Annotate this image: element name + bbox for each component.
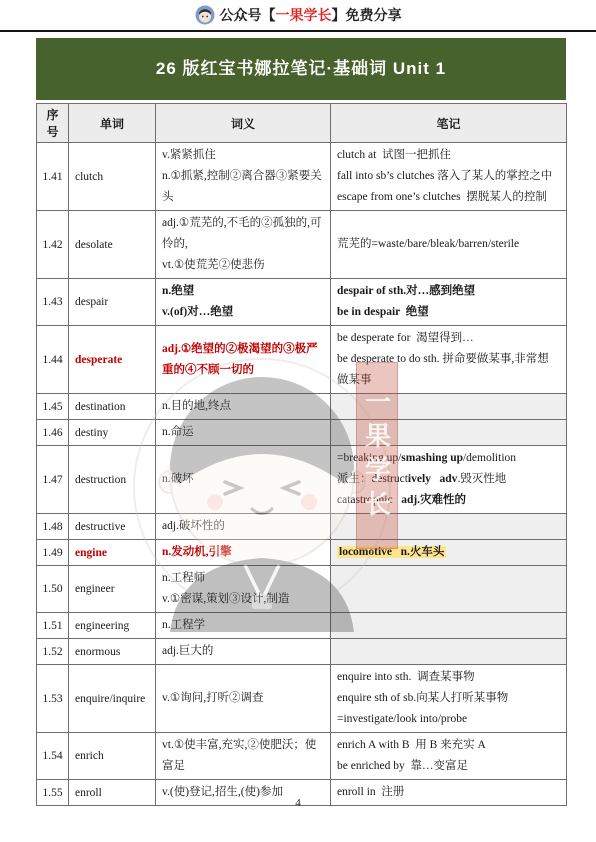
word-cell: destructive [69, 514, 156, 540]
text-line: enquire into sth. 调查某事物 [337, 667, 560, 688]
text-segment: n.工程师 [162, 572, 205, 584]
text-segment: =breaking up/ [337, 452, 401, 464]
text-segment: vt.①使荒芜②使悲伤 [162, 259, 265, 271]
table-row: 1.48destructiveadj.破坏性的 [37, 514, 567, 540]
notes-cell: clutch at 试图一把抓住fall into sb’s clutches … [331, 143, 567, 211]
text-segment: n.发动机,引擎 [162, 546, 232, 558]
meaning-cell: v.①询问,打听②调查 [156, 665, 331, 733]
text-segment: v.(of)对…绝望 [162, 306, 233, 318]
text-line: escape from one’s clutches 摆脱某人的控制 [337, 187, 560, 208]
table-row: 1.53enquire/inquirev.①询问,打听②调查enquire in… [37, 665, 567, 733]
text-line: fall into sb’s clutches 落入了某人的掌控之中 [337, 166, 560, 187]
text-segment: catastrophic [337, 494, 401, 506]
text-segment: enquire into sth. 调查某事物 [337, 671, 475, 683]
text-line: adj.①绝望的②极渴望的③极严重的④不顾一切的 [162, 339, 324, 381]
word-cell: enrich [69, 733, 156, 780]
table-row: 1.47destructionn.破坏=breaking up/smashing… [37, 446, 567, 514]
vocab-table: 序号单词词义笔记 1.41clutchv.紧紧抓住n.①抓紧,控制②离合器③紧要… [36, 103, 567, 806]
text-line: vt.①使丰富,充实,②使肥沃；使富足 [162, 735, 324, 777]
word-cell: enquire/inquire [69, 665, 156, 733]
meaning-cell: adj.①绝望的②极渴望的③极严重的④不顾一切的 [156, 326, 331, 394]
notes-cell [331, 566, 567, 613]
table-row: 1.42desolateadj.①荒芜的,不毛的②孤独的,可怜的,vt.①使荒芜… [37, 211, 567, 279]
row-number-cell: 1.50 [37, 566, 69, 613]
text-line: n.工程师 [162, 568, 324, 589]
page-number: 4 [0, 797, 596, 809]
text-segment: n.绝望 [162, 285, 194, 297]
text-segment: v.①密谋,策划③设计,制造 [162, 593, 289, 605]
text-line: locomotive n.火车头 [337, 542, 560, 563]
column-header-3: 笔记 [331, 104, 567, 143]
notes-cell: =breaking up/smashing up/demolition派生：de… [331, 446, 567, 514]
text-line: n.发动机,引擎 [162, 542, 324, 563]
table-row: 1.52enormousadj.巨大的 [37, 639, 567, 665]
text-segment: vt.①使丰富,充实,②使肥沃；使富足 [162, 739, 316, 772]
row-number-cell: 1.49 [37, 540, 69, 566]
word-cell: engineering [69, 613, 156, 639]
unit-title: 26 版红宝书娜拉笔记·基础词 Unit 1 [156, 54, 446, 79]
text-line: enquire sth of sb.向某人打听某事物 [337, 688, 560, 709]
unit-title-banner: 26 版红宝书娜拉笔记·基础词 Unit 1 [36, 38, 566, 100]
text-segment [431, 473, 440, 485]
text-segment: adv [440, 473, 458, 485]
row-number-cell: 1.43 [37, 279, 69, 326]
text-line: clutch at 试图一把抓住 [337, 145, 560, 166]
word-cell: clutch [69, 143, 156, 211]
notes-cell [331, 420, 567, 446]
text-line: v.紧紧抓住 [162, 145, 324, 166]
text-line: =investigate/look into/probe [337, 709, 560, 730]
header-rule [0, 30, 596, 32]
word-cell: engine [69, 540, 156, 566]
column-header-2: 词义 [156, 104, 331, 143]
text-segment: adj.①绝望的②极渴望的③极严重的④不顾一切的 [162, 343, 318, 376]
meaning-cell: n.目的地,终点 [156, 394, 331, 420]
row-number-cell: 1.51 [37, 613, 69, 639]
notes-cell [331, 514, 567, 540]
text-line: v.①密谋,策划③设计,制造 [162, 589, 324, 610]
meaning-cell: adj.破坏性的 [156, 514, 331, 540]
text-line: n.目的地,终点 [162, 396, 324, 417]
text-line: be enriched by 靠…变富足 [337, 756, 560, 777]
word-cell: desperate [69, 326, 156, 394]
row-number-cell: 1.54 [37, 733, 69, 780]
text-segment: n.①抓紧,控制②离合器③紧要关头 [162, 170, 322, 203]
text-segment: fall into sb’s clutches 落入了某人的掌控之中 [337, 170, 552, 182]
table-row: 1.45destinationn.目的地,终点 [37, 394, 567, 420]
meaning-cell: n.发动机,引擎 [156, 540, 331, 566]
notes-cell [331, 639, 567, 665]
text-line: n.绝望 [162, 281, 324, 302]
topbar-brand: 一果学长 [276, 7, 332, 23]
text-segment: enrich A with B 用 B 来充实 A [337, 739, 486, 751]
text-segment: be enriched by 靠…变富足 [337, 760, 468, 772]
row-number-cell: 1.45 [37, 394, 69, 420]
text-segment: adj.破坏性的 [162, 520, 225, 532]
text-line: vt.①使荒芜②使悲伤 [162, 255, 324, 276]
word-cell: desolate [69, 211, 156, 279]
text-segment: ively [408, 473, 431, 485]
table-row: 1.51engineeringn.工程学 [37, 613, 567, 639]
text-segment: n.破坏 [162, 473, 194, 485]
meaning-cell: v.紧紧抓住n.①抓紧,控制②离合器③紧要关头 [156, 143, 331, 211]
text-segment: n.命运 [162, 426, 194, 438]
text-segment: smashing up [401, 452, 463, 464]
notes-cell: be desperate for 渴望得到…be desperate to do… [331, 326, 567, 394]
text-segment: 派生：destruct [337, 473, 408, 485]
text-line: adj.破坏性的 [162, 516, 324, 537]
row-number-cell: 1.42 [37, 211, 69, 279]
word-cell: destruction [69, 446, 156, 514]
text-line: 派生：destructively adv.毁灭性地 [337, 469, 560, 490]
text-line: =breaking up/smashing up/demolition [337, 448, 560, 469]
notes-cell: locomotive n.火车头 [331, 540, 567, 566]
text-line: catastrophic adj.灾难性的 [337, 490, 560, 511]
text-segment: be desperate for 渴望得到… [337, 332, 474, 344]
row-number-cell: 1.53 [37, 665, 69, 733]
text-segment: enquire sth of sb.向某人打听某事物 [337, 692, 508, 704]
word-cell: engineer [69, 566, 156, 613]
notes-cell: despair of sth.对…感到绝望be in despair 绝望 [331, 279, 567, 326]
text-line: despair of sth.对…感到绝望 [337, 281, 560, 302]
text-line: be desperate for 渴望得到… [337, 328, 560, 349]
text-segment: clutch at 试图一把抓住 [337, 149, 451, 161]
meaning-cell: n.命运 [156, 420, 331, 446]
meaning-cell: adj.①荒芜的,不毛的②孤独的,可怜的,vt.①使荒芜②使悲伤 [156, 211, 331, 279]
row-number-cell: 1.47 [37, 446, 69, 514]
text-segment: adj.①荒芜的,不毛的②孤独的,可怜的, [162, 217, 321, 250]
column-header-1: 单词 [69, 104, 156, 143]
text-segment: n.目的地,终点 [162, 400, 231, 412]
table-row: 1.50engineern.工程师v.①密谋,策划③设计,制造 [37, 566, 567, 613]
meaning-cell: vt.①使丰富,充实,②使肥沃；使富足 [156, 733, 331, 780]
text-segment: n.工程学 [162, 619, 205, 631]
vocab-table-wrap: 序号单词词义笔记 1.41clutchv.紧紧抓住n.①抓紧,控制②离合器③紧要… [36, 103, 566, 806]
text-segment: escape from one’s clutches 摆脱某人的控制 [337, 191, 547, 203]
table-row: 1.46destinyn.命运 [37, 420, 567, 446]
table-body: 1.41clutchv.紧紧抓住n.①抓紧,控制②离合器③紧要关头clutch … [37, 143, 567, 806]
word-cell: enormous [69, 639, 156, 665]
text-segment: be in despair 绝望 [337, 306, 429, 318]
text-segment: /demolition [463, 452, 516, 464]
text-segment: adj.巨大的 [162, 645, 213, 657]
text-line: v.(of)对…绝望 [162, 302, 324, 323]
text-line: be in despair 绝望 [337, 302, 560, 323]
text-line: v.①询问,打听②调查 [162, 688, 324, 709]
table-row: 1.41clutchv.紧紧抓住n.①抓紧,控制②离合器③紧要关头clutch … [37, 143, 567, 211]
text-line: n.命运 [162, 422, 324, 443]
word-cell: despair [69, 279, 156, 326]
table-row: 1.44desperateadj.①绝望的②极渴望的③极严重的④不顾一切的be … [37, 326, 567, 394]
meaning-cell: n.工程师v.①密谋,策划③设计,制造 [156, 566, 331, 613]
text-segment: =investigate/look into/probe [337, 713, 467, 725]
text-segment: locomotive n.火车头 [337, 546, 446, 558]
notes-cell [331, 394, 567, 420]
topbar-suffix: 】免费分享 [332, 7, 402, 23]
table-row: 1.49enginen.发动机,引擎locomotive n.火车头 [37, 540, 567, 566]
row-number-cell: 1.44 [37, 326, 69, 394]
word-cell: destiny [69, 420, 156, 446]
row-number-cell: 1.41 [37, 143, 69, 211]
text-line: 荒芜的=waste/bare/bleak/barren/sterile [337, 234, 560, 255]
meaning-cell: n.工程学 [156, 613, 331, 639]
table-row: 1.43despairn.绝望v.(of)对…绝望despair of sth.… [37, 279, 567, 326]
text-segment: adj.灾难性的 [401, 494, 466, 506]
text-segment: 荒芜的=waste/bare/bleak/barren/sterile [337, 238, 519, 250]
word-cell: destination [69, 394, 156, 420]
meaning-cell: n.破坏 [156, 446, 331, 514]
row-number-cell: 1.46 [37, 420, 69, 446]
meaning-cell: adj.巨大的 [156, 639, 331, 665]
text-segment: .毁灭性地 [457, 473, 506, 485]
text-line: adj.巨大的 [162, 641, 324, 662]
header-row: 序号单词词义笔记 [37, 104, 567, 143]
notes-cell [331, 613, 567, 639]
text-segment: v.①询问,打听②调查 [162, 692, 264, 704]
text-line: enrich A with B 用 B 来充实 A [337, 735, 560, 756]
notes-cell: 荒芜的=waste/bare/bleak/barren/sterile [331, 211, 567, 279]
text-line: n.工程学 [162, 615, 324, 636]
row-number-cell: 1.52 [37, 639, 69, 665]
text-segment: v.紧紧抓住 [162, 149, 216, 161]
text-segment: be desperate to do sth. 拼命要做某事,非常想做某事 [337, 353, 549, 386]
meaning-cell: n.绝望v.(of)对…绝望 [156, 279, 331, 326]
topbar-prefix: 公众号【 [220, 7, 276, 23]
row-number-cell: 1.48 [37, 514, 69, 540]
text-line: adj.①荒芜的,不毛的②孤独的,可怜的, [162, 213, 324, 255]
table-head: 序号单词词义笔记 [37, 104, 567, 143]
table-row: 1.54enrichvt.①使丰富,充实,②使肥沃；使富足enrich A wi… [37, 733, 567, 780]
text-line: n.破坏 [162, 469, 324, 490]
notes-cell: enrich A with B 用 B 来充实 Abe enriched by … [331, 733, 567, 780]
top-bar: 公众号【一果学长】免费分享 [0, 2, 596, 28]
text-line: n.①抓紧,控制②离合器③紧要关头 [162, 166, 324, 208]
notes-cell: enquire into sth. 调查某事物enquire sth of sb… [331, 665, 567, 733]
text-segment: despair of sth.对…感到绝望 [337, 285, 475, 297]
page-root: { "topbar": { "prefix": "公众号【", "brand":… [0, 0, 596, 842]
account-avatar-icon [195, 5, 215, 25]
text-line: be desperate to do sth. 拼命要做某事,非常想做某事 [337, 349, 560, 391]
column-header-0: 序号 [37, 104, 69, 143]
